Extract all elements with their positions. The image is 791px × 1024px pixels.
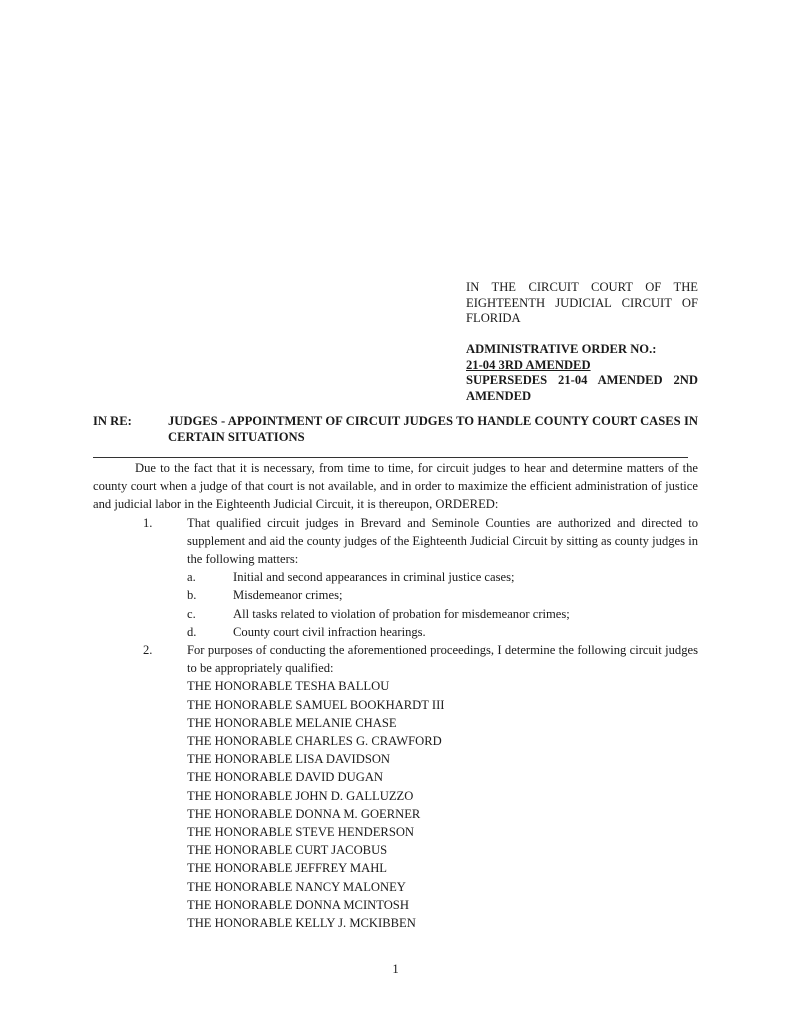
- order-item-1: 1. That qualified circuit judges in Brev…: [93, 514, 698, 569]
- supersedes-note: SUPERSEDES 21-04 AMENDED 2ND AMENDED: [466, 373, 698, 404]
- subitem-c: c. All tasks related to violation of pro…: [93, 605, 698, 623]
- page-number: 1: [0, 962, 791, 977]
- order-body: Due to the fact that it is necessary, fr…: [93, 459, 698, 932]
- in-re-subject: JUDGES - APPOINTMENT OF CIRCUIT JUDGES T…: [168, 414, 698, 445]
- case-caption: IN THE CIRCUIT COURT OF THE EIGHTEENTH J…: [466, 280, 698, 404]
- subitem-a: a. Initial and second appearances in cri…: [93, 568, 698, 586]
- item-text: For purposes of conducting the aforement…: [187, 641, 698, 677]
- court-line: FLORIDA: [466, 311, 698, 327]
- subitem-d: d. County court civil infraction hearing…: [93, 623, 698, 641]
- judge-name: THE HONORABLE KELLY J. MCKIBBEN: [187, 914, 698, 932]
- subitem-letter: d.: [187, 623, 196, 641]
- judge-name: THE HONORABLE JOHN D. GALLUZZO: [187, 787, 698, 805]
- judge-name: THE HONORABLE LISA DAVIDSON: [187, 750, 698, 768]
- order-label: ADMINISTRATIVE ORDER NO.:: [466, 342, 698, 358]
- judge-name: THE HONORABLE STEVE HENDERSON: [187, 823, 698, 841]
- judge-name: THE HONORABLE DONNA MCINTOSH: [187, 896, 698, 914]
- judge-name: THE HONORABLE JEFFREY MAHL: [187, 859, 698, 877]
- document-page: IN THE CIRCUIT COURT OF THE EIGHTEENTH J…: [0, 0, 791, 1024]
- item-number: 2.: [143, 641, 152, 659]
- subitem-letter: b.: [187, 586, 196, 604]
- subitem-b: b. Misdemeanor crimes;: [93, 586, 698, 604]
- judge-name: THE HONORABLE CHARLES G. CRAWFORD: [187, 732, 698, 750]
- judge-name: THE HONORABLE DAVID DUGAN: [187, 768, 698, 786]
- subitem-text: All tasks related to violation of probat…: [233, 605, 698, 623]
- court-line: IN THE CIRCUIT COURT OF THE: [466, 280, 698, 296]
- in-re-label: IN RE:: [93, 414, 132, 430]
- judge-name: THE HONORABLE DONNA M. GOERNER: [187, 805, 698, 823]
- court-name: IN THE CIRCUIT COURT OF THE EIGHTEENTH J…: [466, 280, 698, 327]
- judge-name: THE HONORABLE TESHA BALLOU: [187, 677, 698, 695]
- item-number: 1.: [143, 514, 152, 532]
- judge-name: THE HONORABLE CURT JACOBUS: [187, 841, 698, 859]
- order-item-2: 2. For purposes of conducting the aforem…: [93, 641, 698, 677]
- subitem-letter: a.: [187, 568, 196, 586]
- judge-name: THE HONORABLE SAMUEL BOOKHARDT III: [187, 696, 698, 714]
- order-number: 21-04 3RD AMENDED: [466, 358, 591, 374]
- item-text: That qualified circuit judges in Brevard…: [187, 514, 698, 569]
- court-line: EIGHTEENTH JUDICIAL CIRCUIT OF: [466, 296, 698, 312]
- judge-name: THE HONORABLE NANCY MALONEY: [187, 878, 698, 896]
- subitem-letter: c.: [187, 605, 196, 623]
- judge-name: THE HONORABLE MELANIE CHASE: [187, 714, 698, 732]
- subitem-text: Initial and second appearances in crimin…: [233, 568, 698, 586]
- judges-list: THE HONORABLE TESHA BALLOU THE HONORABLE…: [93, 677, 698, 932]
- intro-paragraph: Due to the fact that it is necessary, fr…: [93, 459, 698, 514]
- subitem-text: Misdemeanor crimes;: [233, 586, 698, 604]
- subitem-text: County court civil infraction hearings.: [233, 623, 698, 641]
- horizontal-divider: [93, 457, 688, 458]
